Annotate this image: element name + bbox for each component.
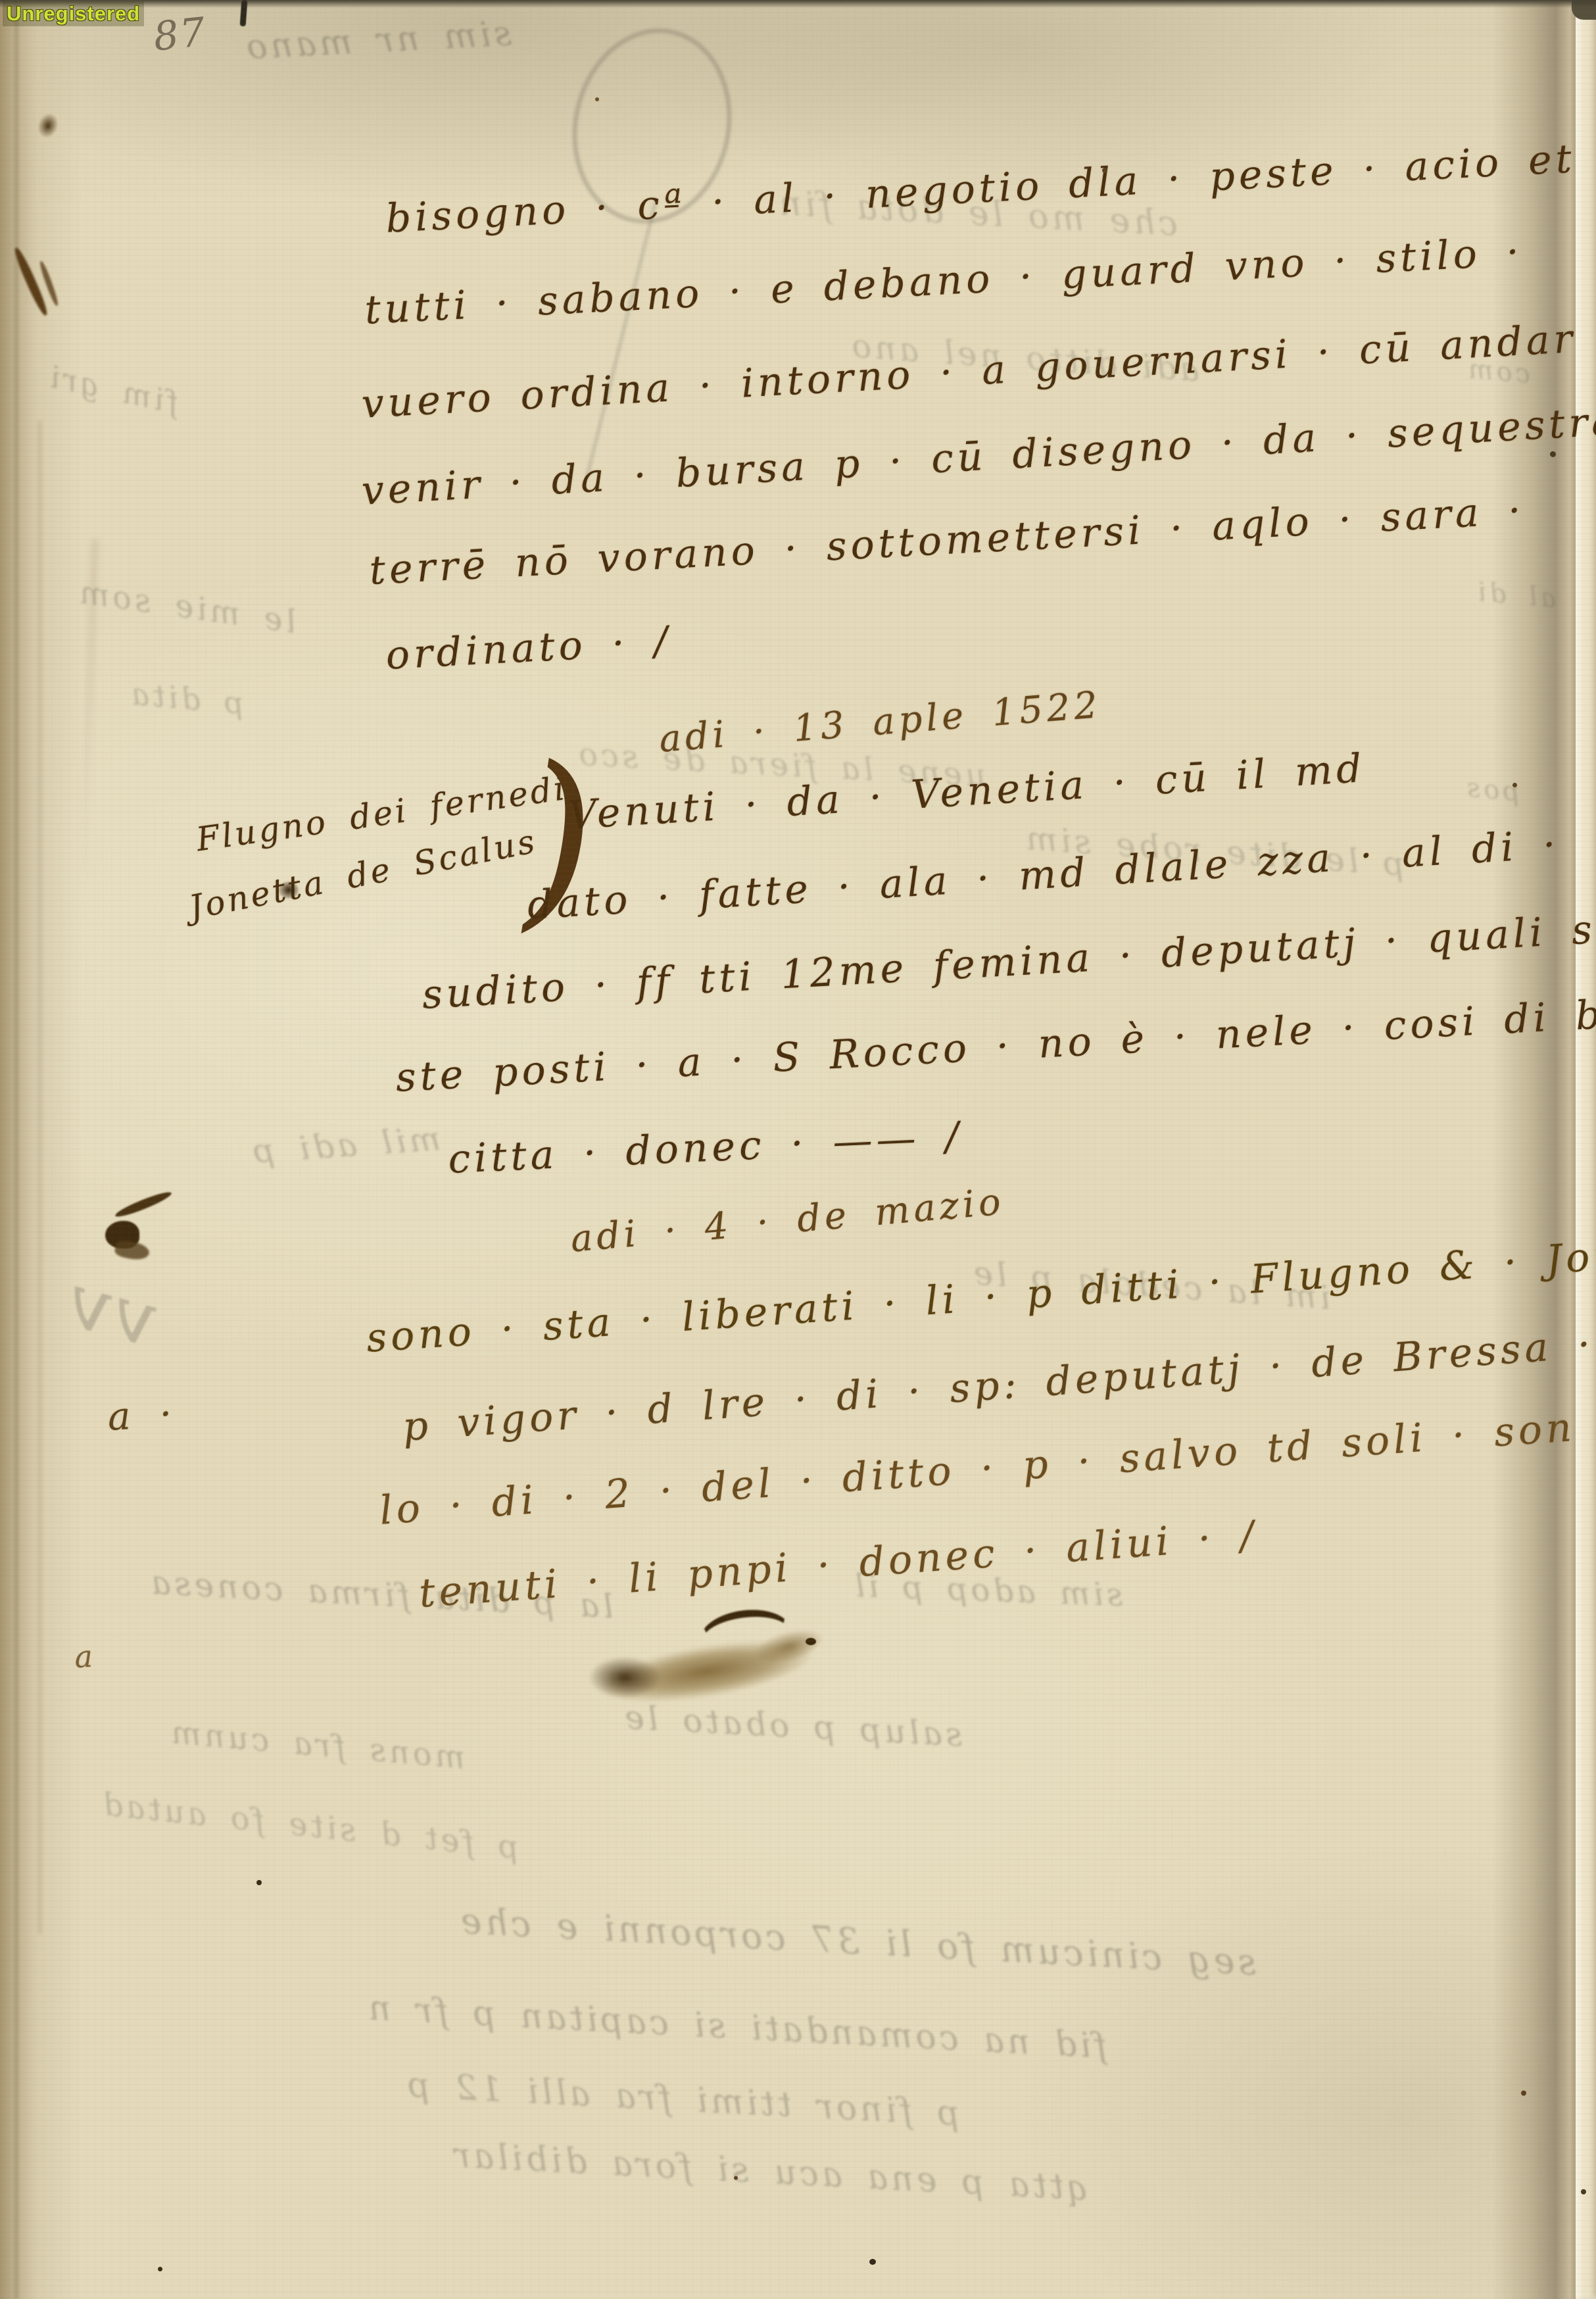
paper-speck xyxy=(256,1880,262,1885)
paper-speck xyxy=(1102,168,1107,173)
showthrough-text: mil adi p xyxy=(249,1120,441,1171)
ink-blot-smear xyxy=(589,1605,931,1737)
paper-speck xyxy=(595,97,599,101)
date-heading-april: adi · 13 aple 1522 xyxy=(658,683,1103,761)
showthrough-text: qtta p ena acu si fora dibilar xyxy=(450,2136,1090,2209)
paper-speck xyxy=(1512,783,1517,787)
margin-letter-a: a · xyxy=(107,1391,177,1439)
showthrough-text: al di xyxy=(1473,577,1557,614)
showthrough-text: p dita xyxy=(127,676,245,721)
binding-crease xyxy=(14,0,18,2299)
paper-speck xyxy=(734,2176,738,2180)
showthrough-text: fid na comandati si capitan p fr n xyxy=(364,1988,1108,2066)
showthrough-text: mons fra cunm xyxy=(166,1714,466,1776)
pen-tick-mark xyxy=(240,0,248,26)
showthrough-text: p fet d site fo autad xyxy=(98,1786,521,1867)
showthrough-text: pos xyxy=(1463,772,1521,807)
unregistered-watermark: Unregistered xyxy=(3,1,144,26)
margin-letter-a: a xyxy=(74,1638,97,1675)
binding-crease-inner xyxy=(38,421,41,1934)
paper-speck xyxy=(1581,2189,1586,2194)
text-line: citta · donec · —— / xyxy=(447,1113,963,1182)
ink-blot-dot xyxy=(806,1638,816,1645)
text-line: tutti · sabano · e debano · guard vno · … xyxy=(364,229,1524,334)
folio-number: 87 xyxy=(151,9,208,61)
paper-speck xyxy=(869,2259,876,2265)
showthrough-text: sim nr mano xyxy=(243,14,513,67)
scan-edge-top xyxy=(0,0,1596,8)
manuscript-page: sim nr mano fim gri che mo le dota fin a… xyxy=(0,0,1596,2299)
paper-speck xyxy=(1550,451,1556,457)
paper-speck xyxy=(1521,2090,1526,2096)
paper-speck xyxy=(158,2267,162,2271)
text-line: tenuti · li pnpi · donec · aliui · / xyxy=(418,1512,1259,1617)
showthrough-loop-tail xyxy=(585,201,658,477)
showthrough-text: p finor ttimi fra alli 12 p xyxy=(404,2065,961,2134)
ink-blot-core xyxy=(589,1656,661,1698)
date-heading-may: adi · 4 · de mazio xyxy=(569,1180,1006,1260)
text-line: ordinato · / xyxy=(385,618,673,679)
small-ink-blot xyxy=(279,881,299,899)
showthrough-text: seg cinicum fo li 37 corponni e che xyxy=(456,1900,1257,1983)
showthrough-text: le mie som xyxy=(74,574,299,641)
